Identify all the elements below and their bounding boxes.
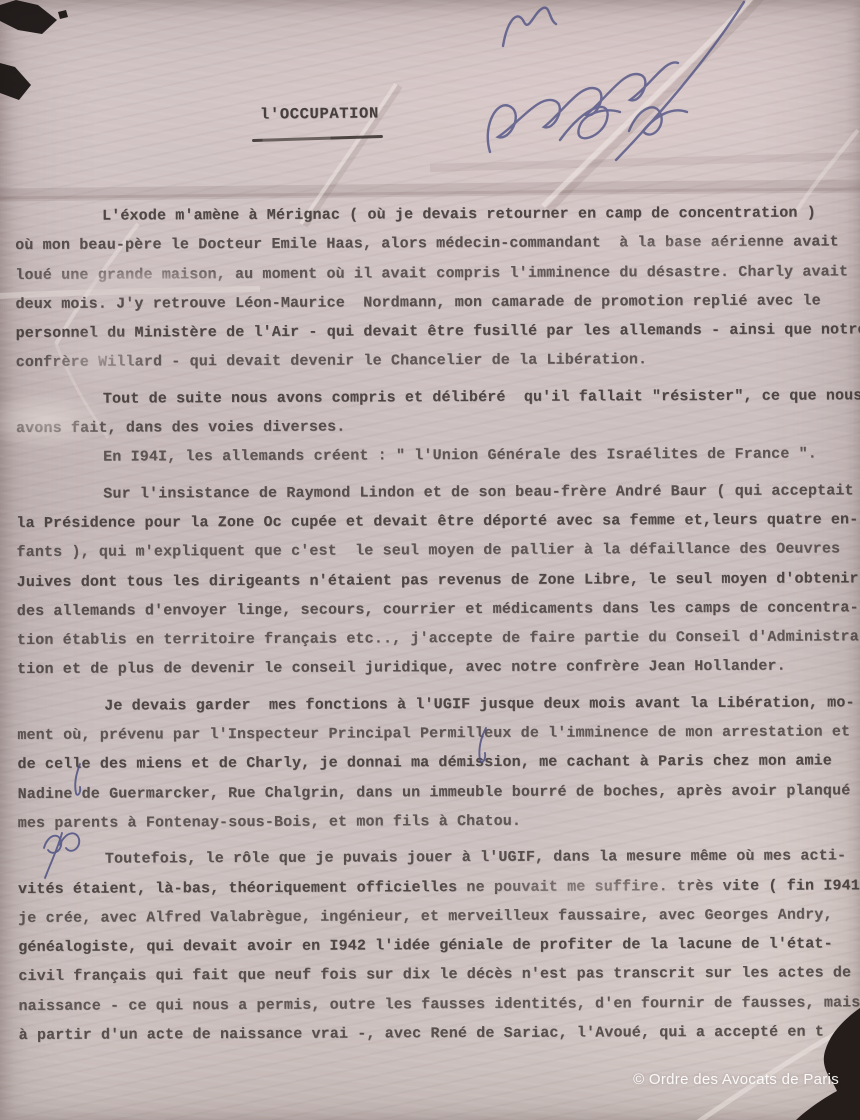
handwritten-signature [488, 2, 744, 160]
text-line: Je devais garder mes fonctions à l'UGIF … [17, 688, 860, 721]
crease-diagonal-highlight [543, 0, 757, 206]
text-line: Toutefois, le rôle que je puvais jouer à… [18, 842, 860, 875]
text-line: fants ), qui m'expliquent que c'est le s… [16, 535, 860, 568]
text-line: la Présidence pour la Zone Oc cupée et d… [16, 505, 860, 538]
text-line: vités étaient, là-bas, théoriquement off… [18, 871, 860, 904]
text-line: avons fait, dans des voies diverses. [16, 410, 860, 443]
title-underline [252, 135, 383, 143]
typewritten-body: L'éxode m'amène à Mérignac ( où je devai… [15, 198, 860, 1050]
scanned-document-page: l'OCCUPATION L'éxode m'amène à Mérignac … [0, 0, 860, 1120]
text-line: L'éxode m'amène à Mérignac ( où je devai… [15, 198, 860, 231]
text-line: loué une grande maison, au moment où il … [15, 257, 860, 290]
text-line: ment où, prévenu par l'Inspecteur Princi… [17, 717, 860, 750]
text-line: confrère Willard - qui devait devenir le… [16, 345, 860, 378]
crease-horizontal-band [0, 186, 860, 195]
text-line: de celle des miens et de Charly, je donn… [17, 747, 860, 780]
text-line: à partir d'un acte de naissance vrai -, … [19, 1017, 860, 1050]
text-line: tion et de plus de devenir le conseil ju… [17, 652, 860, 685]
text-line: où mon beau-père le Docteur Emile Haas, … [15, 228, 860, 261]
text-line: Sur l'insistance de Raymond Lindon et de… [16, 476, 860, 509]
page-title: l'OCCUPATION [260, 104, 379, 123]
text-line: des allemands d'envoyer linge, secours, … [17, 593, 860, 626]
text-line: généalogiste, qui devait avoir en I942 l… [18, 929, 860, 962]
text-line: tion établis en territoire français etc.… [17, 622, 860, 655]
text-line: Tout de suite nous avons compris et déli… [16, 381, 860, 414]
torn-edge-top-left [0, 0, 68, 100]
text-line: Nadine de Guermarcker, Rue Chalgrin, dan… [18, 776, 860, 809]
text-line: En I94I, les allemands créent : " l'Unio… [16, 440, 860, 473]
text-line: deux mois. J'y retrouve Léon-Maurice Nor… [15, 286, 860, 319]
text-line: mes parents à Fontenay-sous-Bois, et mon… [18, 805, 860, 838]
text-line: personnel du Ministère de l'Air - qui de… [16, 315, 860, 348]
crease-horizontal-faint [430, 156, 860, 168]
text-line: naissance - ce qui nous a permis, outre … [18, 988, 860, 1021]
copyright-watermark: © Ordre des Avocats de Paris [633, 1071, 839, 1088]
text-line: civil français qui fait que neuf fois su… [18, 959, 860, 992]
crease-horizontal-line [0, 189, 860, 198]
text-line: Juives dont tous les dirigeants n'étaien… [17, 564, 860, 597]
crease-diagonal-shadow [549, 0, 763, 210]
text-line: je crée, avec Alfred Valabrègue, ingénie… [18, 900, 860, 933]
